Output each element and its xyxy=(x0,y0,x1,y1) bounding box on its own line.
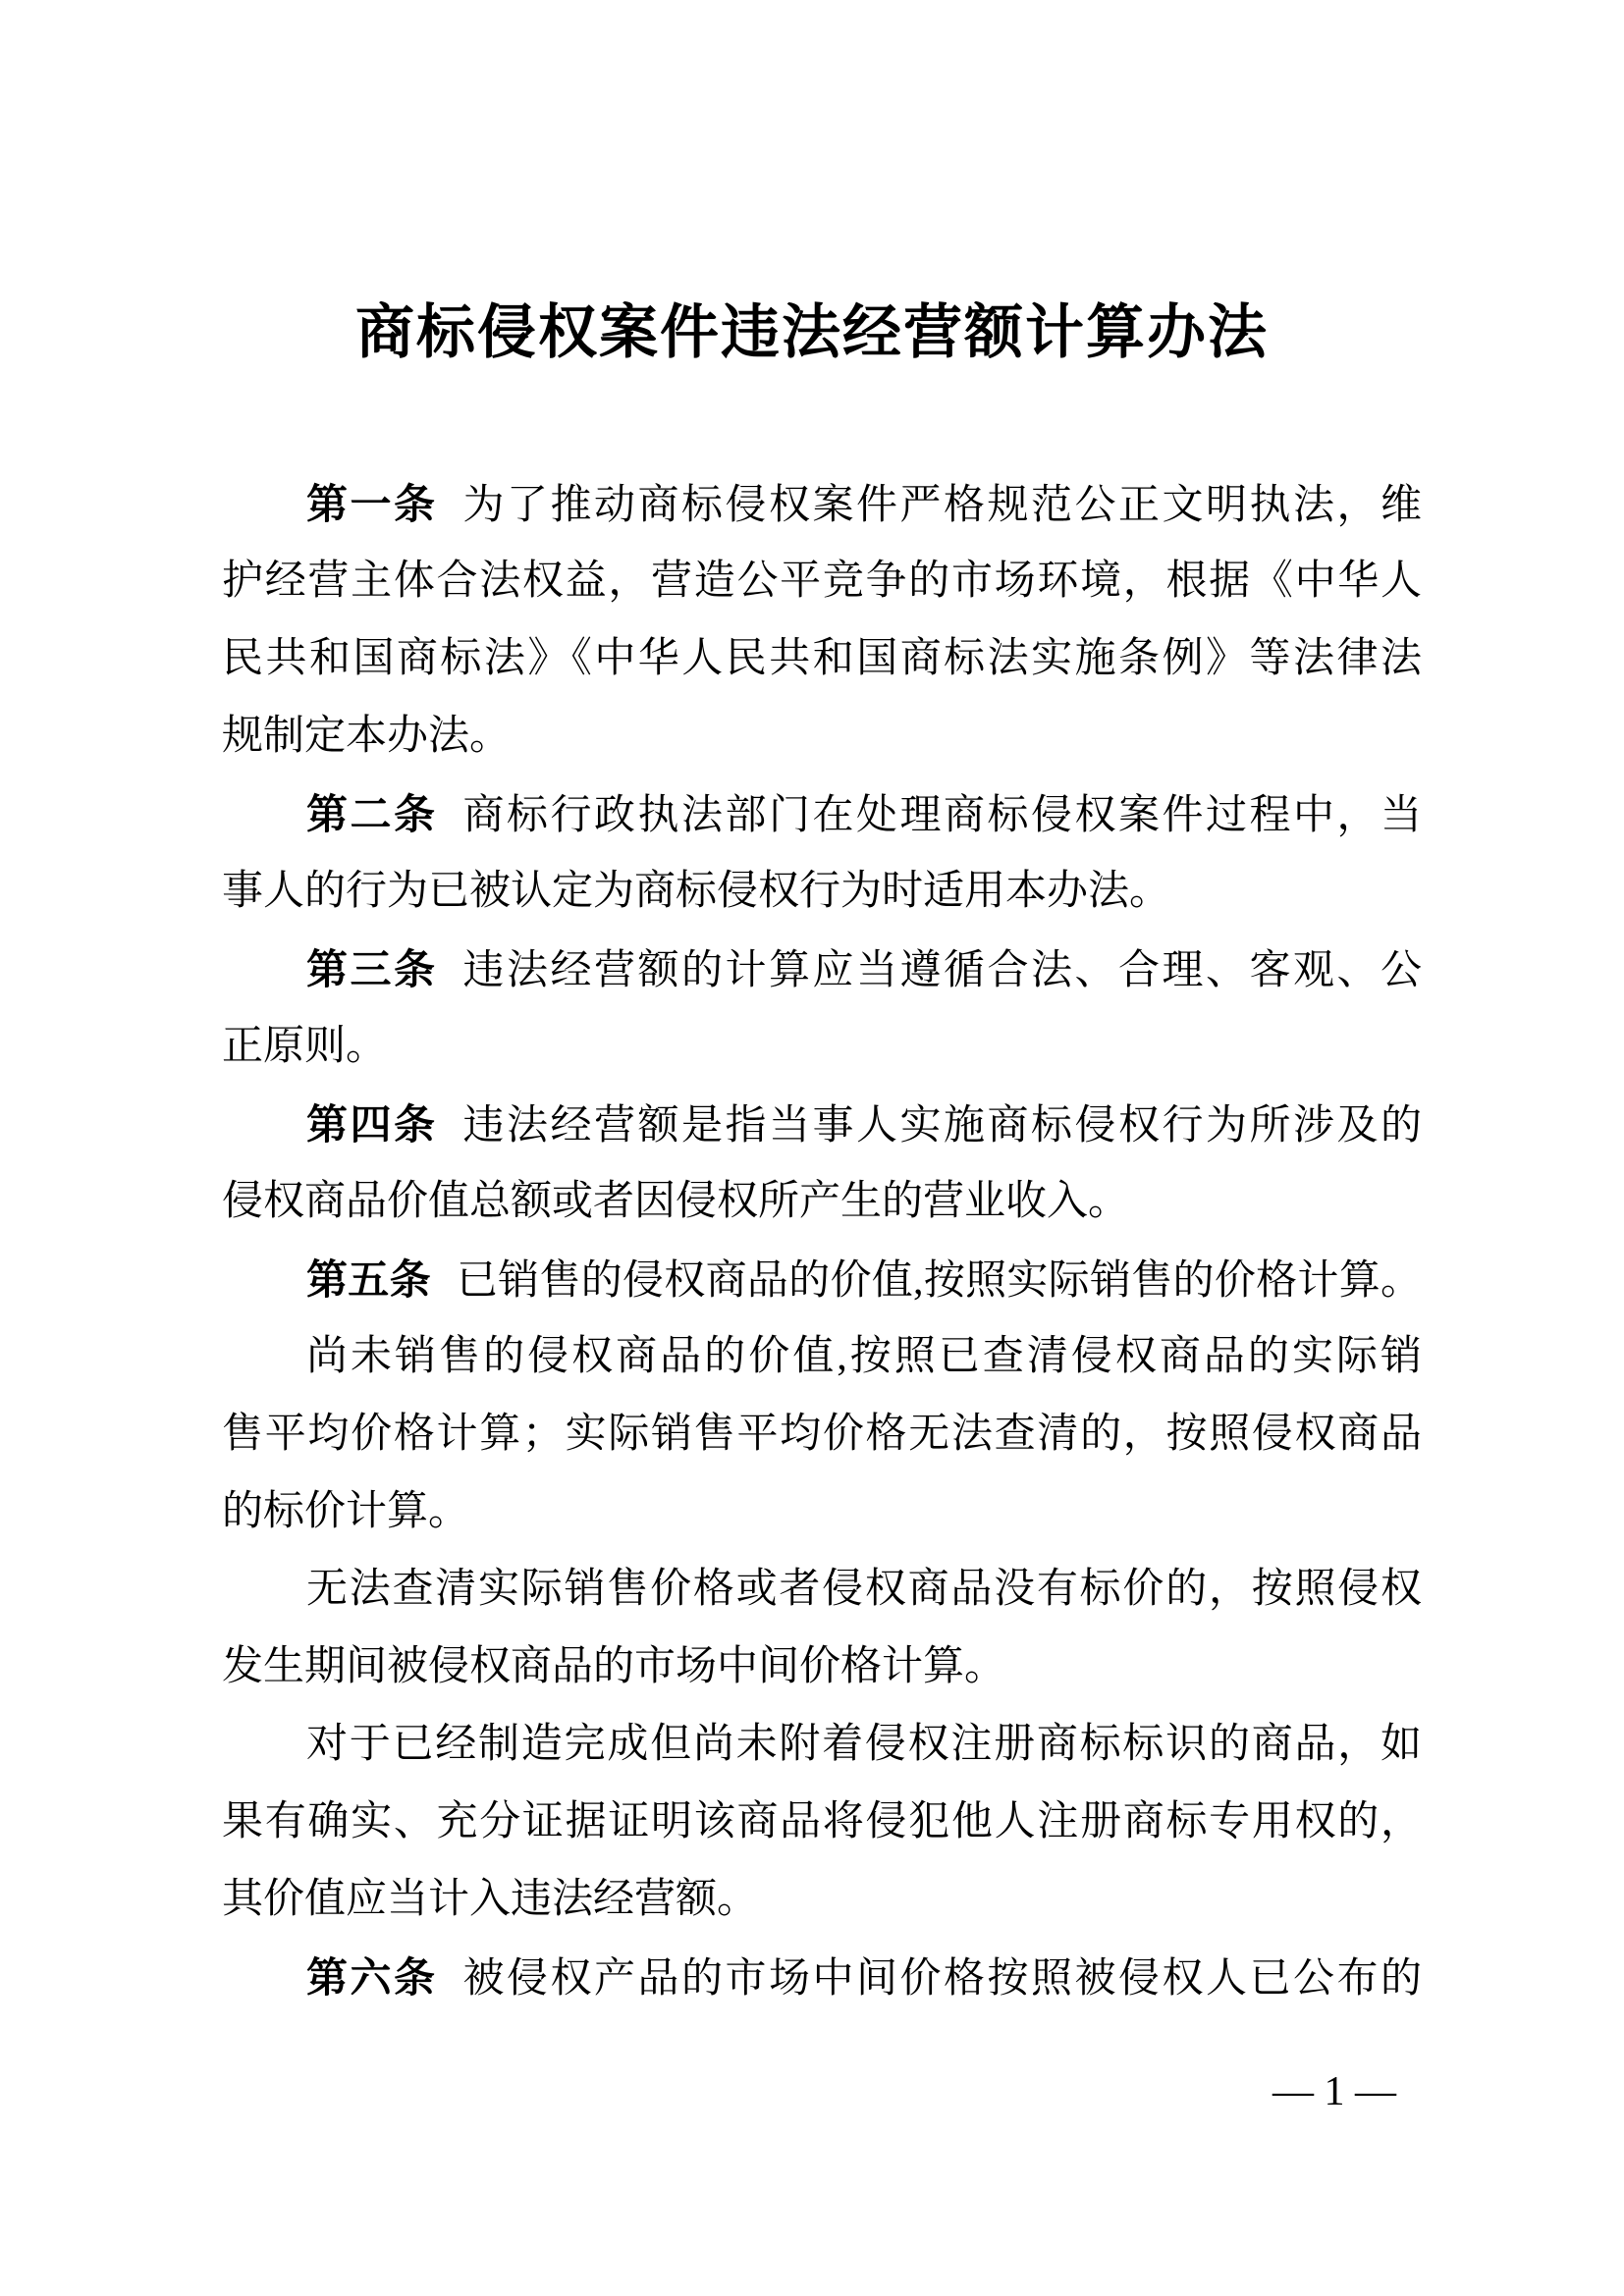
text-line: 民共和国商标法》《中华人民共和国商标法实施条例》等法律法 xyxy=(222,620,1422,698)
text-line: 护经营主体合法权益，营造公平竞争的市场环境，根据《中华人 xyxy=(222,543,1422,620)
article-number: 第三条 xyxy=(306,946,438,992)
line-text: 违法经营额是指当事人实施商标侵权行为所涉及的 xyxy=(463,1103,1422,1148)
text-line: 正原则。 xyxy=(222,1008,1422,1086)
line-text: 正原则。 xyxy=(222,1024,387,1069)
line-text: 其价值应当计入违法经营额。 xyxy=(222,1877,758,1922)
article-number: 第五条 xyxy=(306,1256,431,1303)
line-text: 为了推动商标侵权案件严格规范公正文明执法，维 xyxy=(463,483,1422,528)
line-text: 事人的行为已被认定为商标侵权行为时适用本办法。 xyxy=(222,869,1170,914)
line-text: 果有确实、充分证据证明该商品将侵犯他人注册商标专用权的， xyxy=(222,1799,1422,1844)
line-text: 商标行政执法部门在处理商标侵权案件过程中，当 xyxy=(463,793,1422,838)
text-line: 无法查清实际销售价格或者侵权商品没有标价的，按照侵权 xyxy=(222,1551,1422,1629)
text-line: 第六条被侵权产品的市场中间价格按照被侵权人已公布的 xyxy=(222,1939,1422,2016)
line-text: 侵权商品价值总额或者因侵权所产生的营业收入。 xyxy=(222,1179,1129,1224)
document-title: 商标侵权案件违法经营额计算办法 xyxy=(0,300,1624,365)
line-text: 无法查清实际销售价格或者侵权商品没有标价的，按照侵权 xyxy=(306,1567,1422,1612)
article-number: 第四条 xyxy=(306,1101,438,1148)
text-line: 第三条违法经营额的计算应当遵循合法、合理、客观、公 xyxy=(222,931,1422,1008)
article-number: 第二条 xyxy=(306,791,438,837)
text-line: 其价值应当计入违法经营额。 xyxy=(222,1861,1422,1939)
line-text: 护经营主体合法权益，营造公平竞争的市场环境，根据《中华人 xyxy=(222,559,1422,604)
text-line: 侵权商品价值总额或者因侵权所产生的营业收入。 xyxy=(222,1163,1422,1241)
text-line: 第四条违法经营额是指当事人实施商标侵权行为所涉及的 xyxy=(222,1086,1422,1163)
text-line: 第五条已销售的侵权商品的价值,按照实际销售的价格计算。 xyxy=(222,1241,1422,1318)
text-line: 规制定本办法。 xyxy=(222,698,1422,775)
line-text: 发生期间被侵权商品的市场中间价格计算。 xyxy=(222,1644,1005,1689)
line-text: 尚未销售的侵权商品的价值,按照已查清侵权商品的实际销 xyxy=(306,1334,1422,1379)
article-number: 第六条 xyxy=(306,1954,438,2001)
article-number: 第一条 xyxy=(306,481,438,527)
text-line: 果有确实、充分证据证明该商品将侵犯他人注册商标专用权的， xyxy=(222,1784,1422,1861)
line-text: 民共和国商标法》《中华人民共和国商标法实施条例》等法律法 xyxy=(222,636,1422,681)
text-line: 尚未销售的侵权商品的价值,按照已查清侵权商品的实际销 xyxy=(222,1318,1422,1396)
text-line: 售平均价格计算；实际销售平均价格无法查清的，按照侵权商品 xyxy=(222,1396,1422,1473)
line-text: 违法经营额的计算应当遵循合法、合理、客观、公 xyxy=(463,948,1422,993)
document-body: 第一条为了推动商标侵权案件严格规范公正文明执法，维 护经营主体合法权益，营造公平… xyxy=(222,465,1422,2016)
line-text: 的标价计算。 xyxy=(222,1489,469,1534)
line-text: 已销售的侵权商品的价值,按照实际销售的价格计算。 xyxy=(457,1258,1422,1304)
text-line: 对于已经制造完成但尚未附着侵权注册商标标识的商品，如 xyxy=(222,1706,1422,1784)
page-number: — 1 — xyxy=(222,2067,1422,2116)
text-line: 第二条商标行政执法部门在处理商标侵权案件过程中，当 xyxy=(222,775,1422,853)
text-line: 第一条为了推动商标侵权案件严格规范公正文明执法，维 xyxy=(222,465,1422,543)
text-line: 的标价计算。 xyxy=(222,1473,1422,1551)
line-text: 被侵权产品的市场中间价格按照被侵权人已公布的 xyxy=(463,1956,1422,2002)
line-text: 规制定本办法。 xyxy=(222,714,511,759)
line-text: 对于已经制造完成但尚未附着侵权注册商标标识的商品，如 xyxy=(306,1722,1422,1767)
line-text: 售平均价格计算；实际销售平均价格无法查清的，按照侵权商品 xyxy=(222,1412,1422,1457)
document-page: 商标侵权案件违法经营额计算办法 第一条为了推动商标侵权案件严格规范公正文明执法，… xyxy=(0,0,1624,2296)
text-line: 事人的行为已被认定为商标侵权行为时适用本办法。 xyxy=(222,853,1422,931)
text-line: 发生期间被侵权商品的市场中间价格计算。 xyxy=(222,1629,1422,1706)
